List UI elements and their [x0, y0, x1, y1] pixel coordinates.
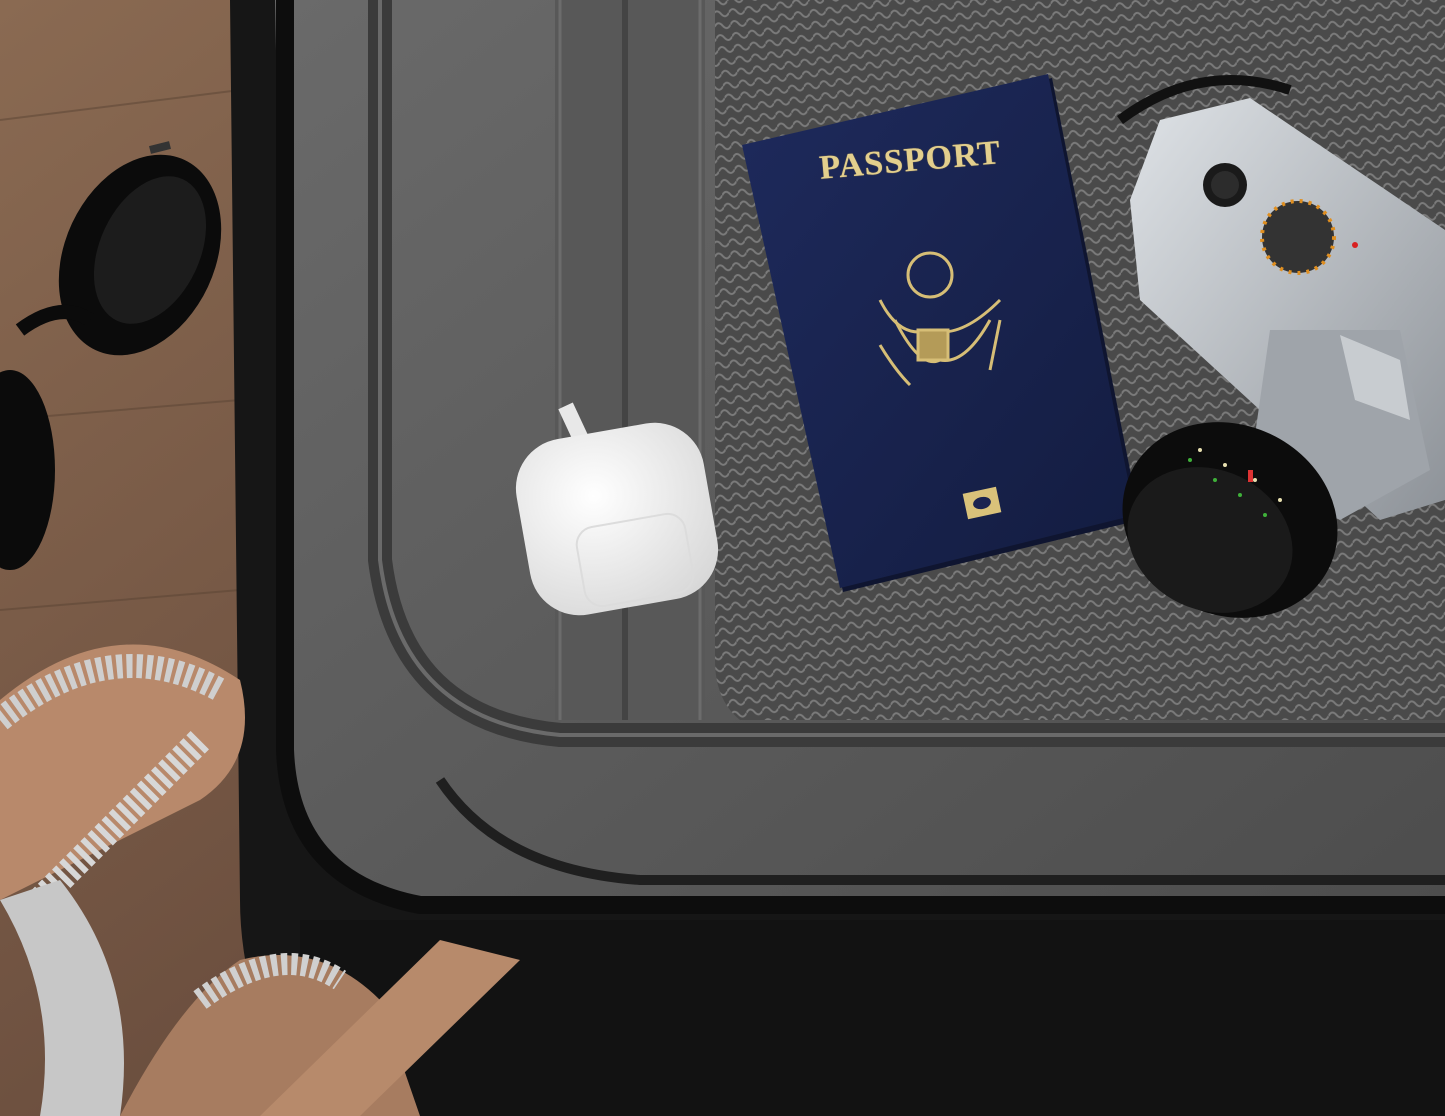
travel-photo: PASSPORT [0, 0, 1445, 1116]
